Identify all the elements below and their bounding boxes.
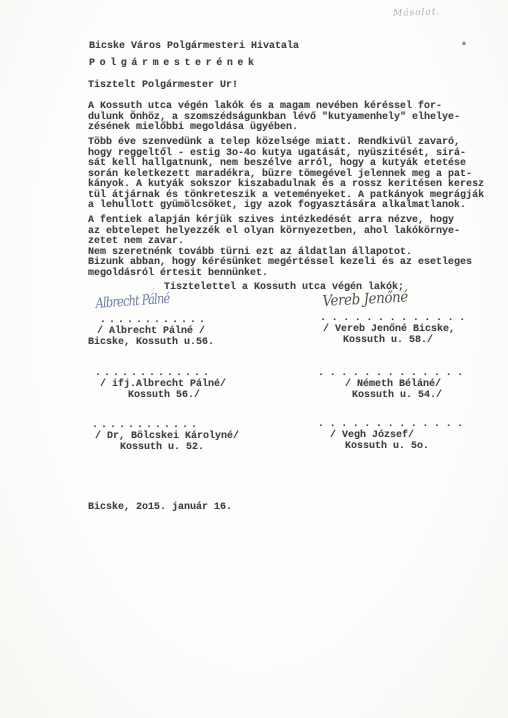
handwritten-signature-vereb: Vereb Jenőné (322, 288, 408, 310)
handwritten-signature-albrecht: Albrecht Pálné (95, 291, 170, 312)
date-line: Bicske, 2o15. január 16. (88, 503, 232, 514)
dotted-signature-line: . . . . . . . . . . . . . (320, 314, 498, 324)
text-line: A fentiek alapján kérjük szives intézked… (88, 216, 472, 227)
signer-address: Kossuth 56./ (128, 390, 268, 401)
signature-block-nemeth-belane: . . . . . . . . . . . . . / Németh Bélán… (318, 369, 498, 401)
paragraph-request: A Kossuth utca végén lakók és a magam ne… (88, 102, 460, 134)
signer-name: / Vereb Jenőné Bicske, (323, 324, 498, 335)
text-line: a lehullott gyümölcsöket, igy azok fogya… (88, 201, 484, 212)
text-line: A Kossuth utca végén lakók és a magam ne… (88, 102, 460, 113)
signer-name: / Albrecht Pálné / (97, 326, 268, 337)
paragraph-plea: A fentiek alapján kérjük szives intézked… (88, 216, 472, 279)
signer-name: / Dr, Bölcskei Károlyné/ (95, 431, 268, 442)
dotted-signature-line: . . . . . . . . . . . . . (318, 369, 498, 379)
signature-block-dr-bolcskei-karolyne: . . . . . . . . . . . . / Dr, Bölcskei K… (88, 421, 268, 453)
scanned-letter-page: Másolat. * Bicske Város Polgármesteri Hi… (0, 0, 508, 718)
signer-address: Kossuth u. 58./ (343, 335, 498, 346)
text-line: zetet nem zavar. (88, 237, 472, 248)
paragraph-complaints: Több éve szenvedünk a telep közelsége mi… (88, 138, 484, 212)
signer-address: Kossuth u. 5o. (345, 441, 498, 452)
dotted-signature-line: . . . . . . . . . . . . (100, 316, 268, 326)
signer-name: / Németh Béláné/ (345, 379, 498, 390)
signer-name: / ifj.Albrecht Pálné/ (100, 379, 268, 390)
dotted-signature-line: . . . . . . . . . . . . (92, 421, 268, 431)
signature-block-vegh-jozsef: . . . . . . . . . . . . . / Vegh József/… (318, 420, 498, 452)
text-line: sát kell hallgatnunk, nem beszélve arról… (88, 159, 484, 170)
signer-name: / Vegh József/ (330, 430, 498, 441)
salutation-line: Tisztelt Polgármester Ur! (88, 81, 238, 92)
text-line: megoldásról értesit bennünket. (88, 269, 472, 280)
text-line: zésének mielőbbi megoldása ügyében. (88, 123, 460, 134)
dotted-signature-line: . . . . . . . . . . . . . (318, 420, 498, 430)
signer-address: Kossuth u. 52. (120, 442, 268, 453)
dotted-signature-line: . . . . . . . . . . . . . (95, 369, 268, 379)
text-line: Több éve szenvedünk a telep közelsége mi… (88, 138, 484, 149)
handwritten-copy-note: Másolat. (393, 7, 441, 19)
addressee-line: P o l g á r m e s t e r é n e k (89, 59, 253, 70)
signature-block-ifj-albrecht-palne: . . . . . . . . . . . . . / ifj.Albrecht… (88, 369, 268, 401)
signer-address: Bicske, Kossuth u.56. (88, 337, 268, 348)
signature-block-vereb-jenone: . . . . . . . . . . . . . / Vereb Jenőné… (318, 314, 498, 346)
corner-asterisk-mark: * (461, 42, 467, 53)
text-line: Bizunk abban, hogy kérésünket megértésse… (88, 258, 472, 269)
signer-address: Kossuth u. 54./ (352, 390, 498, 401)
sender-office-line: Bicske Város Polgármesteri Hivatala (89, 42, 299, 53)
text-line: kányok. A kutyák sokszor kiszabadulnak é… (88, 180, 484, 191)
signature-block-albrecht-palne: . . . . . . . . . . . . / Albrecht Pálné… (88, 316, 268, 348)
